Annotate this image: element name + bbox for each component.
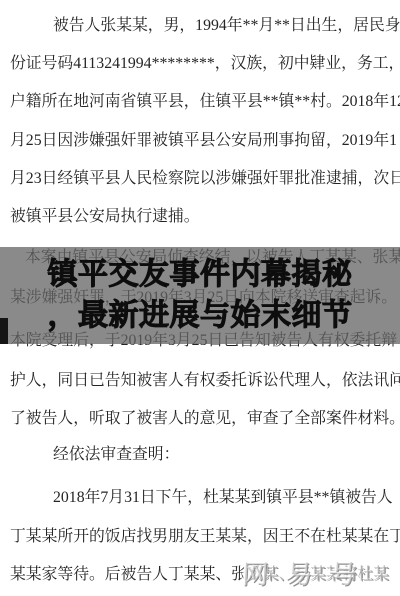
document-line: 月23日经镇平县人民检察院以涉嫌强奸罪批准逮捕，次日	[10, 169, 400, 189]
headline-line-1: 镇平交友事件内幕揭秘	[48, 258, 353, 292]
document-line: 经依法审查查明：	[53, 445, 179, 465]
headline-line-2: ，最新进展与始末细节	[48, 299, 353, 333]
document-line: 被告人张某某，男，1994年**月**日出生，居民身	[53, 16, 400, 36]
article-image: 被告人张某某，男，1994年**月**日出生，居民身 份证号码411324199…	[0, 0, 400, 596]
headline-overlay: 镇平交友事件内幕揭秘 ，最新进展与始末细节	[0, 247, 400, 344]
document-line: 户籍所在地河南省镇平县，住镇平县**镇**村。2018年12	[10, 92, 400, 112]
watermark: 网易号	[241, 560, 374, 588]
scan-artifact-mark	[0, 318, 8, 344]
document-line: 份证号码4113241994********，汉族，初中肄业，务工，	[10, 54, 400, 74]
document-line: 月25日因涉嫌强奸罪被镇平县公安局刑事拘留，2019年1	[10, 131, 397, 151]
document-line: 了被告人，听取了被害人的意见，审查了全部案件材料。	[10, 409, 400, 429]
document-line: 丁某某所开的饭店找男朋友王某某，因王不在杜某某在丁	[10, 527, 400, 547]
document-line: 护人，同日已告知被害人有权委托诉讼代理人，依法讯问	[10, 371, 400, 391]
document-line-text: 某某家等待。后被告人丁某某、张	[10, 566, 247, 583]
document-line: 2018年7月31日下午，杜某某到镇平县**镇被告人	[53, 488, 393, 508]
document-line: 被镇平县公安局执行逮捕。	[10, 207, 200, 227]
